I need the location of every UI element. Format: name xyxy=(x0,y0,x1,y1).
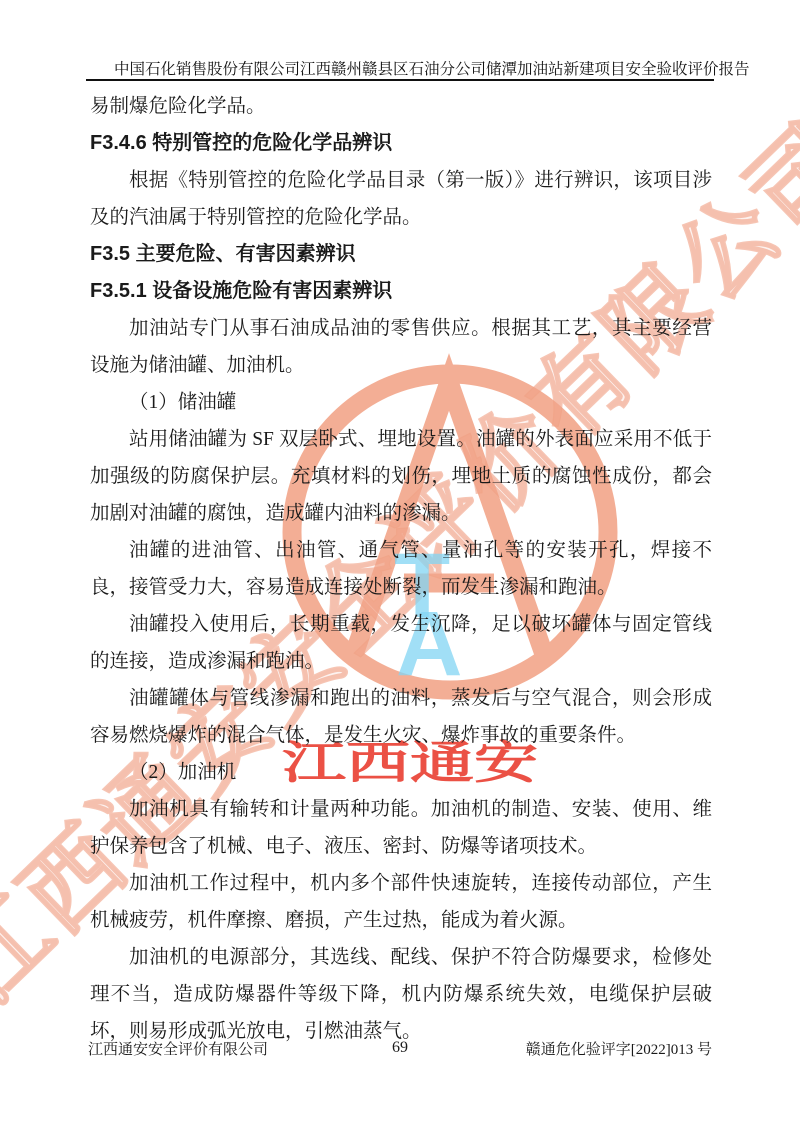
body-paragraph: 易制爆危险化学品。 xyxy=(90,88,712,125)
section-heading: F3.5.1 设备设施危险有害因素辨识 xyxy=(90,273,712,310)
section-heading: F3.4.6 特别管控的危险化学品辨识 xyxy=(90,125,712,162)
footer-doc-number: 赣通危化验评字[2022]013 号 xyxy=(526,1038,712,1059)
body-paragraph: 油罐罐体与管线渗漏和跑出的油料，蒸发后与空气混合，则会形成容易燃烧爆炸的混合气体… xyxy=(90,680,712,754)
page-header-title: 中国石化销售股份有限公司江西赣州赣县区石油分公司储潭加油站新建项目安全验收评价报… xyxy=(88,57,716,79)
document-body: 易制爆危险化学品。F3.4.6 特别管控的危险化学品辨识根据《特别管控的危险化学… xyxy=(90,88,712,1050)
header-rule xyxy=(86,79,714,81)
document-page: 江西通安安全评价有限公司 T A 江西通安 中国石化销售股份有限公司江西赣州赣县… xyxy=(0,0,800,1131)
body-paragraph: 油罐投入使用后，长期重载，发生沉降，足以破坏罐体与固定管线的连接，造成渗漏和跑油… xyxy=(90,606,712,680)
body-paragraph: （2）加油机 xyxy=(90,754,712,791)
body-paragraph: 站用储油罐为 SF 双层卧式、埋地设置。油罐的外表面应采用不低于加强级的防腐保护… xyxy=(90,421,712,532)
body-paragraph: 油罐的进油管、出油管、通气管、量油孔等的安装开孔，焊接不良，接管受力大，容易造成… xyxy=(90,532,712,606)
footer-page-number: 69 xyxy=(392,1039,408,1057)
body-paragraph: 加油机工作过程中，机内多个部件快速旋转，连接传动部位，产生机械疲劳，机件摩擦、磨… xyxy=(90,865,712,939)
footer-company: 江西通安安全评价有限公司 xyxy=(88,1038,268,1059)
body-paragraph: 加油机具有输转和计量两种功能。加油机的制造、安装、使用、维护保养包含了机械、电子… xyxy=(90,791,712,865)
body-paragraph: 根据《特别管控的危险化学品目录（第一版）》进行辨识，该项目涉及的汽油属于特别管控… xyxy=(90,162,712,236)
body-paragraph: （1）储油罐 xyxy=(90,384,712,421)
page-footer: 江西通安安全评价有限公司 69 赣通危化验评字[2022]013 号 xyxy=(0,1038,800,1068)
section-heading: F3.5 主要危险、有害因素辨识 xyxy=(90,236,712,273)
body-paragraph: 加油站专门从事石油成品油的零售供应。根据其工艺，其主要经营设施为储油罐、加油机。 xyxy=(90,310,712,384)
body-paragraph: 加油机的电源部分，其选线、配线、保护不符合防爆要求，检修处理不当，造成防爆器件等… xyxy=(90,939,712,1050)
